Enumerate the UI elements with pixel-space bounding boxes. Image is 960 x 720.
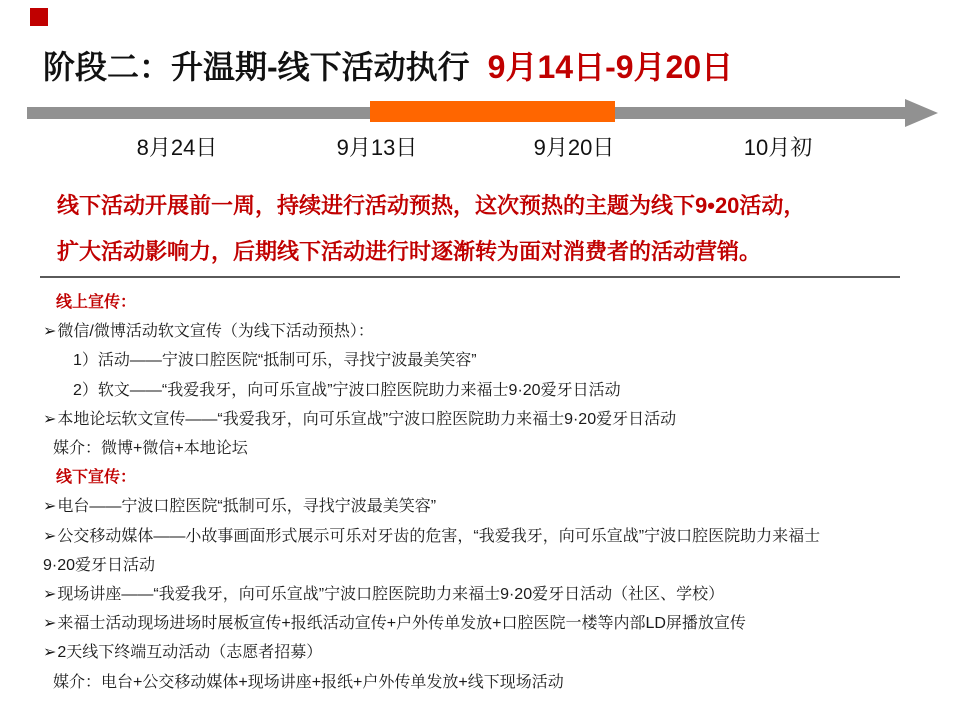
section-heading: 线上宣传： (43, 288, 948, 317)
timeline: 8月24日9月13日9月20日10月初 (0, 0, 960, 170)
timeline-date-label: 9月13日 (337, 131, 418, 162)
list-item: 媒介：电台+公交移动媒体+现场讲座+报纸+户外传单发放+线下现场活动 (43, 668, 948, 697)
list-item-text: 来福士活动现场进场时展板宣传+报纸活动宣传+户外传单发放+口腔医院一楼等内部LD… (57, 615, 746, 632)
list-item-text: 电台——宁波口腔医院“抵制可乐，寻找宁波最美笑容” (57, 498, 436, 515)
body-text: 线上宣传：➢微信/微博活动软文宣传（为线下活动预热）：1）活动——宁波口腔医院“… (43, 288, 948, 697)
list-item: ➢现场讲座——“我爱我牙，向可乐宣战”宁波口腔医院助力来福士9·20爱牙日活动（… (43, 580, 948, 609)
list-item-text: 公交移动媒体——小故事画面形式展示可乐对牙齿的危害，“我爱我牙，向可乐宣战”宁波… (57, 528, 820, 545)
summary-text: 线下活动开展前一周，持续进行活动预热，这次预热的主题为线下9•20活动， 扩大活… (57, 183, 805, 275)
list-item: 9·20爱牙日活动 (43, 551, 948, 580)
list-item-text: 本地论坛软文宣传——“我爱我牙，向可乐宣战”宁波口腔医院助力来福士9·20爱牙日… (57, 411, 676, 428)
slide: 阶段二：升温期-线下活动执行9月14日-9月20日 8月24日9月13日9月20… (0, 0, 960, 720)
list-item: 媒介：微博+微信+本地论坛 (43, 434, 948, 463)
list-item: ➢本地论坛软文宣传——“我爱我牙，向可乐宣战”宁波口腔医院助力来福士9·20爱牙… (43, 405, 948, 434)
list-item: ➢微信/微博活动软文宣传（为线下活动预热）： (43, 317, 948, 346)
list-item: 1）活动——宁波口腔医院“抵制可乐，寻找宁波最美笑容” (43, 346, 948, 375)
timeline-arrowhead-icon (905, 99, 938, 127)
list-item-text: 现场讲座——“我爱我牙，向可乐宣战”宁波口腔医院助力来福士9·20爱牙日活动（社… (57, 586, 724, 603)
arrow-bullet-icon: ➢ (43, 528, 56, 545)
list-item: ➢公交移动媒体——小故事画面形式展示可乐对牙齿的危害，“我爱我牙，向可乐宣战”宁… (43, 522, 948, 551)
divider-line (40, 276, 900, 278)
list-item: ➢来福士活动现场进场时展板宣传+报纸活动宣传+户外传单发放+口腔医院一楼等内部L… (43, 609, 948, 638)
arrow-bullet-icon: ➢ (43, 498, 56, 515)
arrow-bullet-icon: ➢ (43, 411, 56, 428)
list-item: ➢电台——宁波口腔医院“抵制可乐，寻找宁波最美笑容” (43, 492, 948, 521)
summary-line: 扩大活动影响力，后期线下活动进行时逐渐转为面对消费者的活动营销。 (57, 229, 805, 275)
timeline-date-label: 8月24日 (137, 131, 218, 162)
arrow-bullet-icon: ➢ (43, 644, 56, 661)
summary-line: 线下活动开展前一周，持续进行活动预热，这次预热的主题为线下9•20活动， (57, 183, 805, 229)
arrow-bullet-icon: ➢ (43, 615, 56, 632)
list-item: 2）软文——“我爱我牙，向可乐宣战”宁波口腔医院助力来福士9·20爱牙日活动 (43, 376, 948, 405)
timeline-dates: 8月24日9月13日9月20日10月初 (0, 131, 960, 163)
arrow-bullet-icon: ➢ (43, 323, 56, 340)
list-item-text: 微信/微博活动软文宣传（为线下活动预热）： (57, 323, 373, 340)
timeline-date-label: 9月20日 (534, 131, 615, 162)
list-item-text: 2天线下终端互动活动（志愿者招募） (57, 644, 322, 661)
section-heading: 线下宣传： (43, 463, 948, 492)
arrow-bullet-icon: ➢ (43, 586, 56, 603)
list-item: ➢2天线下终端互动活动（志愿者招募） (43, 638, 948, 667)
timeline-date-label: 10月初 (744, 131, 812, 162)
timeline-highlight-segment (370, 101, 615, 122)
